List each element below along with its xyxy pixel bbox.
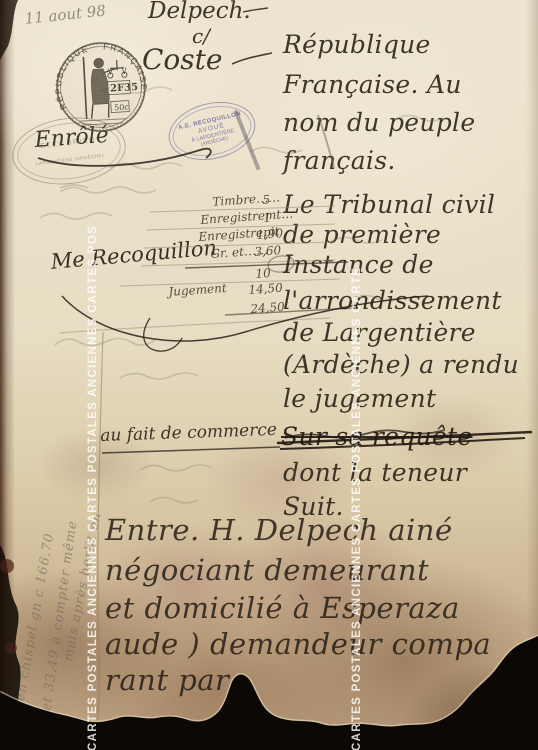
manuscript-page: RÉPUBLIQUE FRANÇAISE 2F35 50c ETEL BR [0, 0, 538, 750]
ink-smear [236, 112, 258, 168]
top-left-corner-shadow [0, 0, 18, 60]
watermark-column-left: CARTES POSTALES ANCIENNES CARTES POSTALE… [87, 225, 99, 750]
strikethrough-lines [102, 430, 532, 453]
watermark-column-right: CARTES POSTALES ANCIENNES CARTES POSTALE… [351, 267, 363, 750]
edge-stain-spot [5, 642, 17, 654]
torn-bottom-edge [0, 636, 538, 750]
foreground-linework [0, 0, 538, 750]
edge-stain-spot [0, 559, 14, 573]
